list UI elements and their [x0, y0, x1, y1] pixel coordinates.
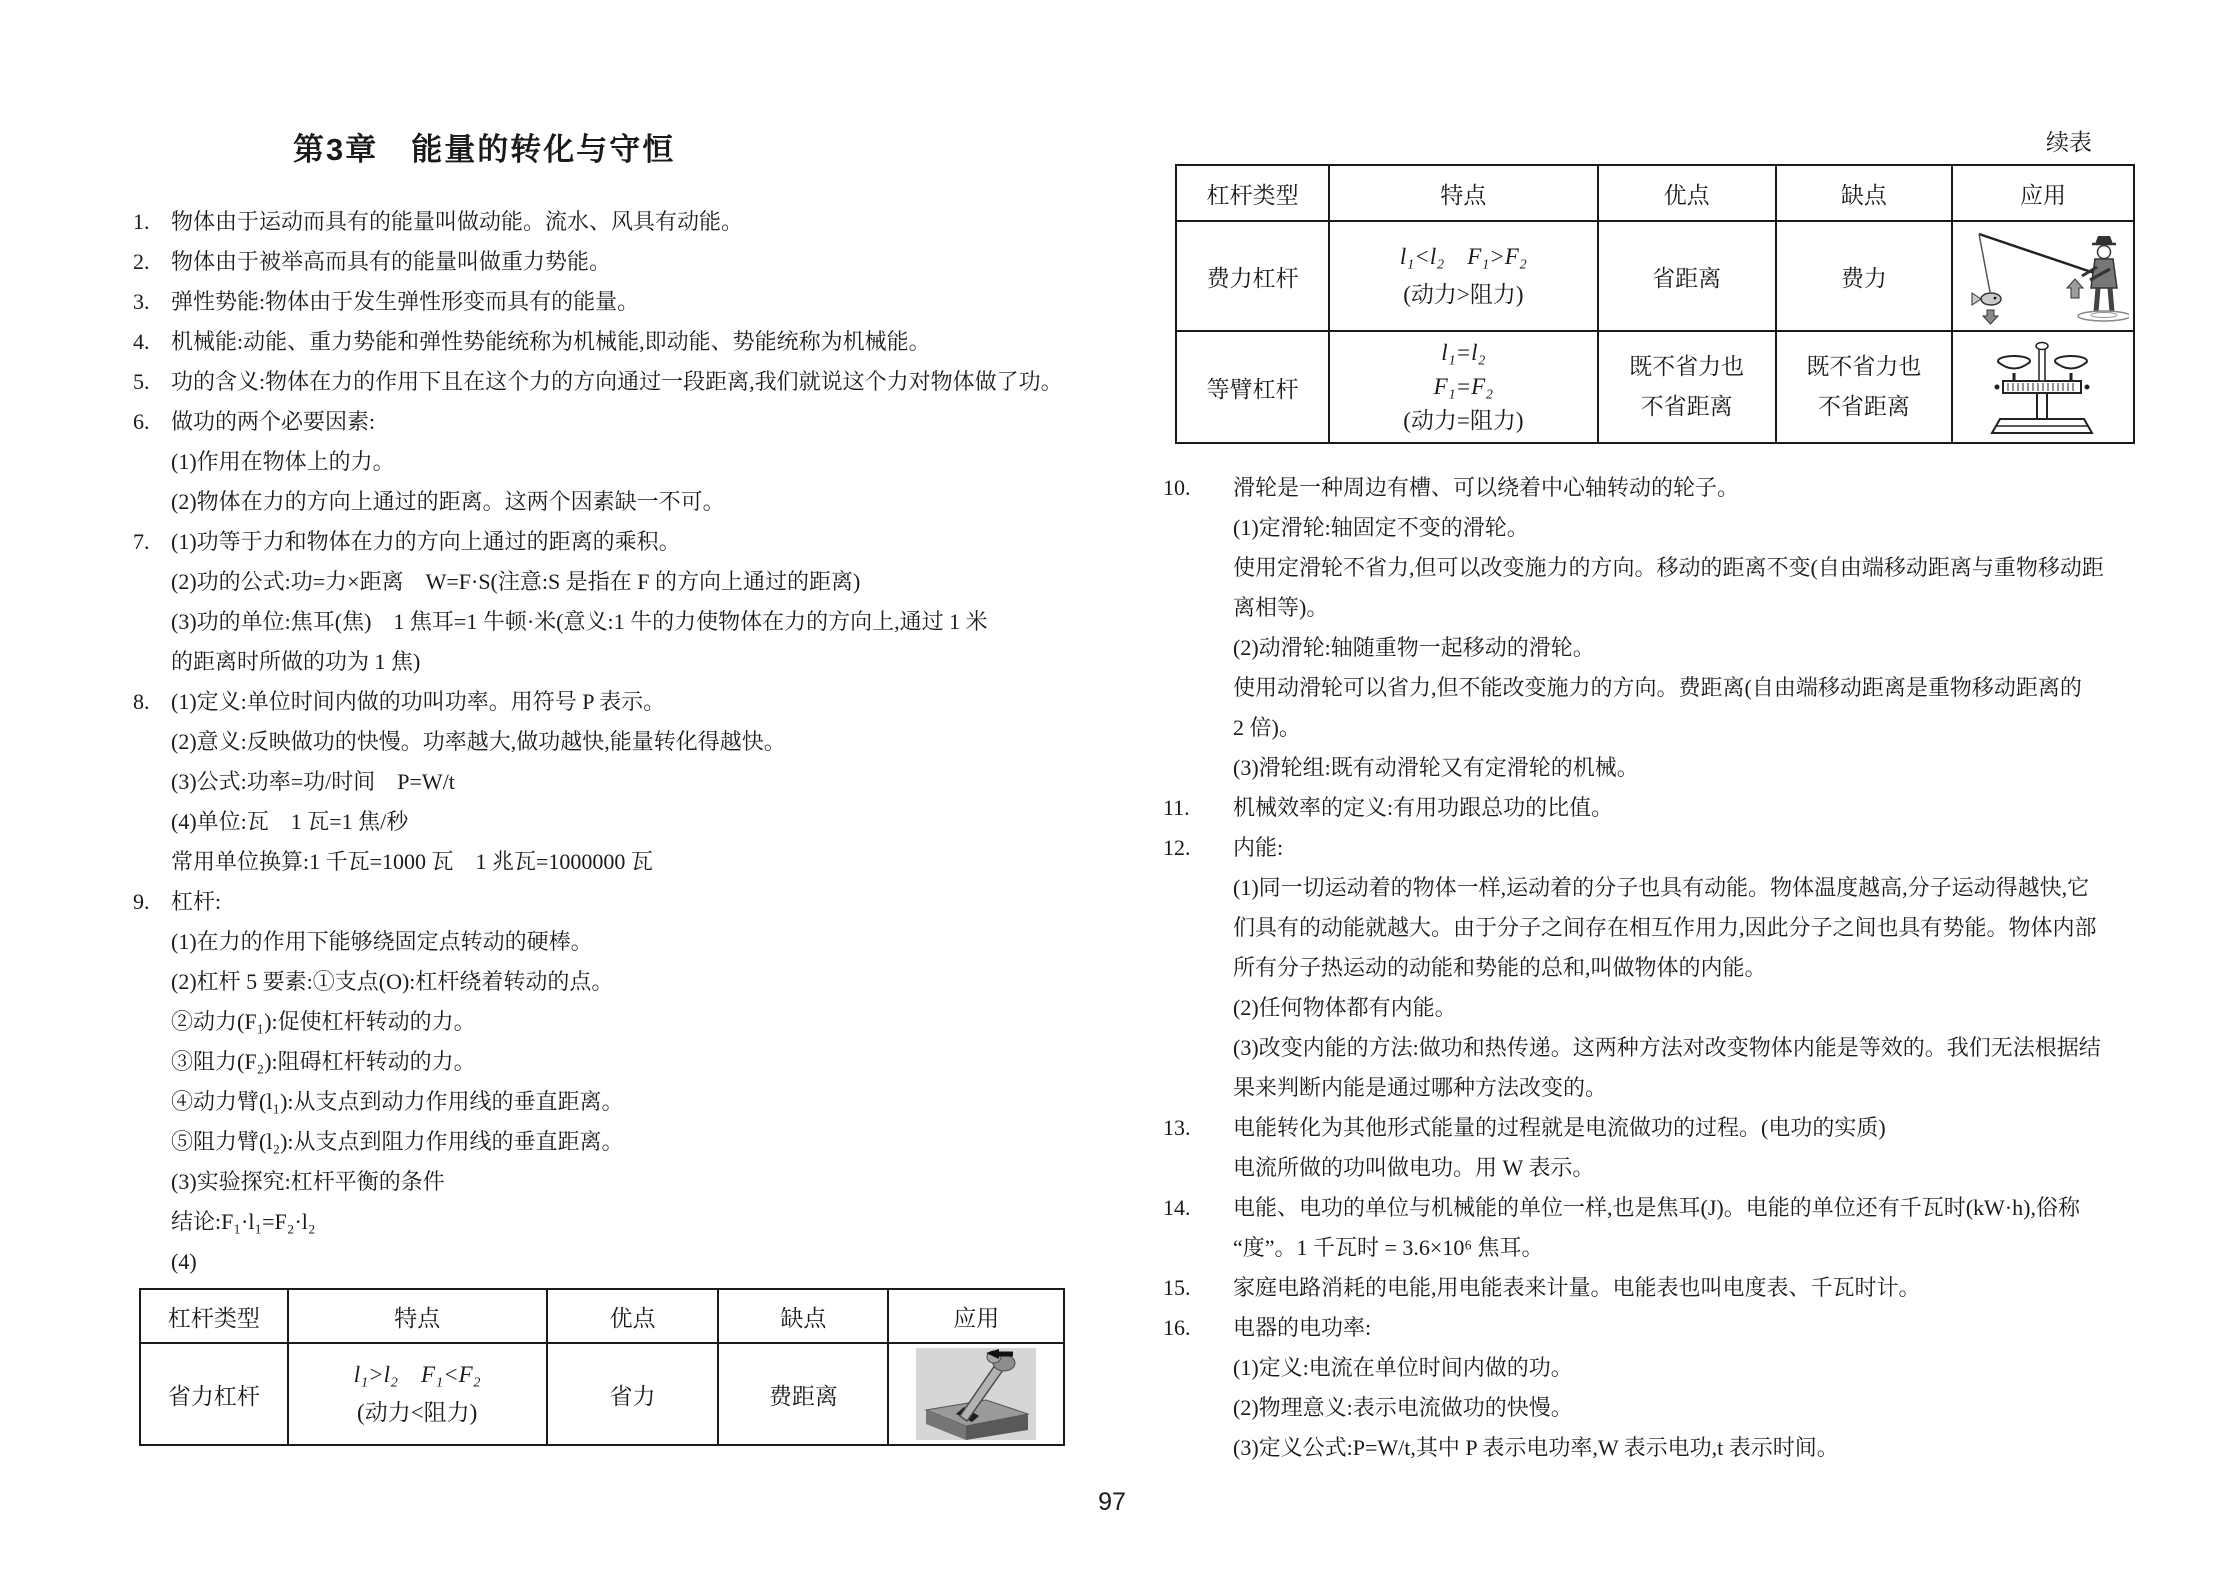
- cell-application: [1952, 221, 2134, 331]
- page-number: 97: [1080, 1488, 1144, 1517]
- note-line: “度”。1 千瓦时 = 3.6×10⁶ 焦耳。: [1163, 1228, 2203, 1268]
- line-text: 们具有的动能就越大。由于分子之间存在相互作用力,因此分子之间也具有势能。物体内部: [1233, 915, 2097, 940]
- cell-advantage: 省力: [547, 1343, 719, 1445]
- note-line: (4): [133, 1242, 1113, 1282]
- line-number: 8.: [133, 682, 150, 722]
- line-number: 10.: [1163, 468, 1191, 508]
- line-text: (3)定义公式:P=W/t,其中 P 表示电功率,W 表示电功,t 表示时间。: [1233, 1435, 1839, 1460]
- note-line: (3)公式:功率=功/时间 P=W/t: [133, 762, 1113, 802]
- note-line: 所有分子热运动的动能和势能的总和,叫做物体的内能。: [1163, 948, 2203, 988]
- feature-note: (动力=阻力): [1330, 404, 1596, 438]
- note-line: ⑤阻力臂(l₂):从支点到阻力作用线的垂直距离。: [133, 1122, 1113, 1162]
- line-text: (3)功的单位:焦耳(焦) 1 焦耳=1 牛顿·米(意义:1 牛的力使物体在力的…: [171, 609, 988, 634]
- line-number: 7.: [133, 522, 150, 562]
- line-text: (3)公式:功率=功/时间 P=W/t: [171, 769, 455, 794]
- line-text: 做功的两个必要因素:: [171, 409, 375, 434]
- note-line: 9.杠杆:: [133, 882, 1113, 922]
- cell-advantage: 省距离: [1598, 221, 1776, 331]
- note-line: 8.(1)定义:单位时间内做的功叫功率。用符号 P 表示。: [133, 682, 1113, 722]
- table-row: 省力杠杆 l₁>l₂ F₁<F₂ (动力<阻力) 省力 费距离: [140, 1343, 1064, 1445]
- feature-note: (动力<阻力): [289, 1394, 546, 1432]
- note-line: (3)滑轮组:既有动滑轮又有定滑轮的机械。: [1163, 748, 2203, 788]
- line-text: 物体由于被举高而具有的能量叫做重力势能。: [171, 249, 611, 274]
- advantage-line: 不省距离: [1599, 387, 1775, 427]
- note-line: (2)意义:反映做功的快慢。功率越大,做功越快,能量转化得越快。: [133, 722, 1113, 762]
- note-line: (3)定义公式:P=W/t,其中 P 表示电功率,W 表示电功,t 表示时间。: [1163, 1428, 2203, 1468]
- note-line: (2)任何物体都有内能。: [1163, 988, 2203, 1028]
- note-line: 4.机械能:动能、重力势能和弹性势能统称为机械能,即动能、势能统称为机械能。: [133, 322, 1113, 362]
- note-line: (2)物体在力的方向上通过的距离。这两个因素缺一不可。: [133, 482, 1113, 522]
- col-header-advantage: 优点: [547, 1289, 719, 1343]
- line-text: 杠杆:: [171, 889, 221, 914]
- line-text: 离相等)。: [1233, 595, 1328, 620]
- line-text: 2 倍)。: [1233, 715, 1301, 740]
- feature-note: (动力>阻力): [1330, 276, 1596, 314]
- col-header-feature: 特点: [1329, 165, 1597, 221]
- line-text: 的距离时所做的功为 1 焦): [171, 649, 420, 674]
- line-text: (2)物体在力的方向上通过的距离。这两个因素缺一不可。: [171, 489, 725, 514]
- note-line: 使用定滑轮不省力,但可以改变施力的方向。移动的距离不变(自由端移动距离与重物移动…: [1163, 548, 2203, 588]
- man-fishing-with-rod-image: [1957, 226, 2129, 326]
- note-line: 们具有的动能就越大。由于分子之间存在相互作用力,因此分子之间也具有势能。物体内部: [1163, 908, 2203, 948]
- line-text: ⑤阻力臂(l₂):从支点到阻力作用线的垂直距离。: [171, 1129, 624, 1154]
- line-number: 5.: [133, 362, 150, 402]
- note-line: 离相等)。: [1163, 588, 2203, 628]
- line-text: (1)功等于力和物体在力的方向上通过的距离的乘积。: [171, 529, 681, 554]
- line-text: (2)杠杆 5 要素:①支点(O):杠杆绕着转动的点。: [171, 969, 613, 994]
- line-text: (3)改变内能的方法:做功和热传递。这两种方法对改变物体内能是等效的。我们无法根…: [1233, 1035, 2101, 1060]
- line-number: 15.: [1163, 1268, 1191, 1308]
- line-text: (1)定义:单位时间内做的功叫功率。用符号 P 表示。: [171, 689, 665, 714]
- line-text: 机械效率的定义:有用功跟总功的比值。: [1233, 795, 1613, 820]
- cell-lever-type: 省力杠杆: [140, 1343, 288, 1445]
- line-text: (2)任何物体都有内能。: [1233, 995, 1457, 1020]
- line-number: 9.: [133, 882, 150, 922]
- line-number: 3.: [133, 282, 150, 322]
- note-line: 16.电器的电功率:: [1163, 1308, 2203, 1348]
- col-header-lever-type: 杠杆类型: [140, 1289, 288, 1343]
- cell-disadvantage: 费力: [1776, 221, 1952, 331]
- note-line: 7.(1)功等于力和物体在力的方向上通过的距离的乘积。: [133, 522, 1113, 562]
- table-row: 等臂杠杆 l₁=l₂ F₁=F₂ (动力=阻力) 既不省力也 不省距离 既不省力…: [1176, 331, 2134, 443]
- note-line: (3)改变内能的方法:做功和热传递。这两种方法对改变物体内能是等效的。我们无法根…: [1163, 1028, 2203, 1068]
- line-text: 家庭电路消耗的电能,用电能表来计量。电能表也叫电度表、千瓦时计。: [1233, 1275, 1921, 1300]
- line-text: 电器的电功率:: [1233, 1315, 1371, 1340]
- cell-advantage: 既不省力也 不省距离: [1598, 331, 1776, 443]
- line-text: (3)实验探究:杠杆平衡的条件: [171, 1169, 445, 1194]
- line-text: (2)动滑轮:轴随重物一起移动的滑轮。: [1233, 635, 1595, 660]
- line-text: 滑轮是一种周边有槽、可以绕着中心轴转动的轮子。: [1233, 475, 1739, 500]
- page-title: 第3章 能量的转化与守恒: [293, 124, 675, 169]
- note-line: 3.弹性势能:物体由于发生弹性形变而具有的能量。: [133, 282, 1113, 322]
- col-header-feature: 特点: [288, 1289, 547, 1343]
- line-text: 所有分子热运动的动能和势能的总和,叫做物体的内能。: [1233, 955, 1767, 980]
- disadvantage-line: 既不省力也: [1777, 347, 1951, 387]
- line-text: (4): [171, 1249, 197, 1274]
- line-text: (3)滑轮组:既有动滑轮又有定滑轮的机械。: [1233, 755, 1639, 780]
- line-text: (1)定滑轮:轴固定不变的滑轮。: [1233, 515, 1529, 540]
- line-number: 6.: [133, 402, 150, 442]
- col-header-advantage: 优点: [1598, 165, 1776, 221]
- cell-feature: l₁>l₂ F₁<F₂ (动力<阻力): [288, 1343, 547, 1445]
- scanned-textbook-page: { "page": { "number": "97", "continued_l…: [0, 0, 2220, 1571]
- note-line: 6.做功的两个必要因素:: [133, 402, 1113, 442]
- line-number: 1.: [133, 202, 150, 242]
- line-number: 2.: [133, 242, 150, 282]
- line-text: 内能:: [1233, 835, 1283, 860]
- note-line: (1)作用在物体上的力。: [133, 442, 1113, 482]
- note-line: (1)定义:电流在单位时间内做的功。: [1163, 1348, 2203, 1388]
- note-line: (2)杠杆 5 要素:①支点(O):杠杆绕着转动的点。: [133, 962, 1113, 1002]
- right-column-notes: 10.滑轮是一种周边有槽、可以绕着中心轴转动的轮子。 (1)定滑轮:轴固定不变的…: [1163, 468, 2203, 1468]
- note-line: 电流所做的功叫做电功。用 W 表示。: [1163, 1148, 2203, 1188]
- line-text: (2)意义:反映做功的快慢。功率越大,做功越快,能量转化得越快。: [171, 729, 786, 754]
- line-text: 功的含义:物体在力的作用下且在这个力的方向通过一段距离,我们就说这个力对物体做了…: [171, 369, 1063, 394]
- cell-lever-type: 等臂杠杆: [1176, 331, 1329, 443]
- note-line: (2)物理意义:表示电流做功的快慢。: [1163, 1388, 2203, 1428]
- lever-types-table-right: 杠杆类型 特点 优点 缺点 应用 费力杠杆 l₁<l₂ F₁>F₂ (动力>阻力…: [1175, 164, 2135, 444]
- note-line: (1)同一切运动着的物体一样,运动着的分子也具有动能。物体温度越高,分子运动得越…: [1163, 868, 2203, 908]
- lever-types-table-left: 杠杆类型 特点 优点 缺点 应用 省力杠杆 l₁>l₂ F₁<F₂ (动力<阻力…: [139, 1288, 1065, 1446]
- cell-application: [1952, 331, 2134, 443]
- feature-formula: l₁=l₂: [1330, 336, 1596, 370]
- cell-disadvantage: 费距离: [718, 1343, 888, 1445]
- note-line: 果来判断内能是通过哪种方法改变的。: [1163, 1068, 2203, 1108]
- line-text: 使用定滑轮不省力,但可以改变施力的方向。移动的距离不变(自由端移动距离与重物移动…: [1233, 555, 2104, 580]
- line-text: (1)在力的作用下能够绕固定点转动的硬棒。: [171, 929, 593, 954]
- note-line: (1)定滑轮:轴固定不变的滑轮。: [1163, 508, 2203, 548]
- feature-formula: l₁>l₂ F₁<F₂: [289, 1356, 546, 1394]
- line-number: 13.: [1163, 1108, 1191, 1148]
- crowbar-prying-board-image: [916, 1348, 1036, 1440]
- line-text: 电流所做的功叫做电功。用 W 表示。: [1233, 1155, 1594, 1180]
- note-line: (1)在力的作用下能够绕固定点转动的硬棒。: [133, 922, 1113, 962]
- note-line: 15.家庭电路消耗的电能,用电能表来计量。电能表也叫电度表、千瓦时计。: [1163, 1268, 2203, 1308]
- continued-table-label: 续表: [2046, 124, 2092, 157]
- line-text: (4)单位:瓦 1 瓦=1 焦/秒: [171, 809, 408, 834]
- line-text: 弹性势能:物体由于发生弹性形变而具有的能量。: [171, 289, 639, 314]
- advantage-line: 既不省力也: [1599, 347, 1775, 387]
- line-text: 果来判断内能是通过哪种方法改变的。: [1233, 1075, 1607, 1100]
- cell-feature: l₁=l₂ F₁=F₂ (动力=阻力): [1329, 331, 1597, 443]
- note-line: ④动力臂(l₁):从支点到动力作用线的垂直距离。: [133, 1082, 1113, 1122]
- line-text: (2)物理意义:表示电流做功的快慢。: [1233, 1395, 1573, 1420]
- col-header-application: 应用: [888, 1289, 1064, 1343]
- line-text: (1)作用在物体上的力。: [171, 449, 395, 474]
- line-text: ③阻力(F₂):阻碍杠杆转动的力。: [171, 1049, 476, 1074]
- line-text: 电能、电功的单位与机械能的单位一样,也是焦耳(J)。电能的单位还有千瓦时(kW·…: [1233, 1195, 2080, 1220]
- line-text: 电能转化为其他形式能量的过程就是电流做功的过程。(电功的实质): [1233, 1115, 1886, 1140]
- cell-disadvantage: 既不省力也 不省距离: [1776, 331, 1952, 443]
- line-text: 结论:F₁·l₁=F₂·l₂: [171, 1209, 316, 1234]
- note-line: 10.滑轮是一种周边有槽、可以绕着中心轴转动的轮子。: [1163, 468, 2203, 508]
- line-text: (1)同一切运动着的物体一样,运动着的分子也具有动能。物体温度越高,分子运动得越…: [1233, 875, 2089, 900]
- cell-application: [888, 1343, 1064, 1445]
- line-text: “度”。1 千瓦时 = 3.6×10⁶ 焦耳。: [1233, 1235, 1544, 1260]
- note-line: 12.内能:: [1163, 828, 2203, 868]
- line-number: 14.: [1163, 1188, 1191, 1228]
- line-text: (2)功的公式:功=力×距离 W=F·S(注意:S 是指在 F 的方向上通过的距…: [171, 569, 860, 594]
- col-header-lever-type: 杠杆类型: [1176, 165, 1329, 221]
- cell-feature: l₁<l₂ F₁>F₂ (动力>阻力): [1329, 221, 1597, 331]
- feature-formula: F₁=F₂: [1330, 370, 1596, 404]
- col-header-disadvantage: 缺点: [1776, 165, 1952, 221]
- note-line: 1.物体由于运动而具有的能量叫做动能。流水、风具有动能。: [133, 202, 1113, 242]
- left-column-notes: 1.物体由于运动而具有的能量叫做动能。流水、风具有动能。 2.物体由于被举高而具…: [133, 202, 1113, 1282]
- col-header-disadvantage: 缺点: [718, 1289, 888, 1343]
- line-number: 4.: [133, 322, 150, 362]
- note-line: (3)实验探究:杠杆平衡的条件: [133, 1162, 1113, 1202]
- note-line: (3)功的单位:焦耳(焦) 1 焦耳=1 牛顿·米(意义:1 牛的力使物体在力的…: [133, 602, 1113, 642]
- col-header-application: 应用: [1952, 165, 2134, 221]
- line-number: 16.: [1163, 1308, 1191, 1348]
- note-line: (4)单位:瓦 1 瓦=1 焦/秒: [133, 802, 1113, 842]
- note-line: 常用单位换算:1 千瓦=1000 瓦 1 兆瓦=1000000 瓦: [133, 842, 1113, 882]
- line-text: 使用动滑轮可以省力,但不能改变施力的方向。费距离(自由端移动距离是重物移动距离的: [1233, 675, 2082, 700]
- table-header-row: 杠杆类型 特点 优点 缺点 应用: [140, 1289, 1064, 1343]
- disadvantage-line: 不省距离: [1777, 387, 1951, 427]
- line-number: 12.: [1163, 828, 1191, 868]
- line-text: ④动力臂(l₁):从支点到动力作用线的垂直距离。: [171, 1089, 624, 1114]
- note-line: (2)动滑轮:轴随重物一起移动的滑轮。: [1163, 628, 2203, 668]
- line-text: 物体由于运动而具有的能量叫做动能。流水、风具有动能。: [171, 209, 743, 234]
- note-line: ②动力(F₁):促使杠杆转动的力。: [133, 1002, 1113, 1042]
- line-text: 机械能:动能、重力势能和弹性势能统称为机械能,即动能、势能统称为机械能。: [171, 329, 931, 354]
- two-pan-balance-scale-image: [1984, 335, 2102, 439]
- note-line: 使用动滑轮可以省力,但不能改变施力的方向。费距离(自由端移动距离是重物移动距离的: [1163, 668, 2203, 708]
- line-number: 11.: [1163, 788, 1190, 828]
- note-line: ③阻力(F₂):阻碍杠杆转动的力。: [133, 1042, 1113, 1082]
- note-line: 的距离时所做的功为 1 焦): [133, 642, 1113, 682]
- cell-lever-type: 费力杠杆: [1176, 221, 1329, 331]
- line-text: ②动力(F₁):促使杠杆转动的力。: [171, 1009, 476, 1034]
- note-line: 11.机械效率的定义:有用功跟总功的比值。: [1163, 788, 2203, 828]
- note-line: 结论:F₁·l₁=F₂·l₂: [133, 1202, 1113, 1242]
- table-row: 费力杠杆 l₁<l₂ F₁>F₂ (动力>阻力) 省距离 费力: [1176, 221, 2134, 331]
- note-line: 14.电能、电功的单位与机械能的单位一样,也是焦耳(J)。电能的单位还有千瓦时(…: [1163, 1188, 2203, 1228]
- table-header-row: 杠杆类型 特点 优点 缺点 应用: [1176, 165, 2134, 221]
- note-line: 5.功的含义:物体在力的作用下且在这个力的方向通过一段距离,我们就说这个力对物体…: [133, 362, 1113, 402]
- note-line: (2)功的公式:功=力×距离 W=F·S(注意:S 是指在 F 的方向上通过的距…: [133, 562, 1113, 602]
- note-line: 2 倍)。: [1163, 708, 2203, 748]
- note-line: 2.物体由于被举高而具有的能量叫做重力势能。: [133, 242, 1113, 282]
- note-line: 13.电能转化为其他形式能量的过程就是电流做功的过程。(电功的实质): [1163, 1108, 2203, 1148]
- feature-formula: l₁<l₂ F₁>F₂: [1330, 238, 1596, 276]
- line-text: 常用单位换算:1 千瓦=1000 瓦 1 兆瓦=1000000 瓦: [171, 849, 653, 874]
- line-text: (1)定义:电流在单位时间内做的功。: [1233, 1355, 1573, 1380]
